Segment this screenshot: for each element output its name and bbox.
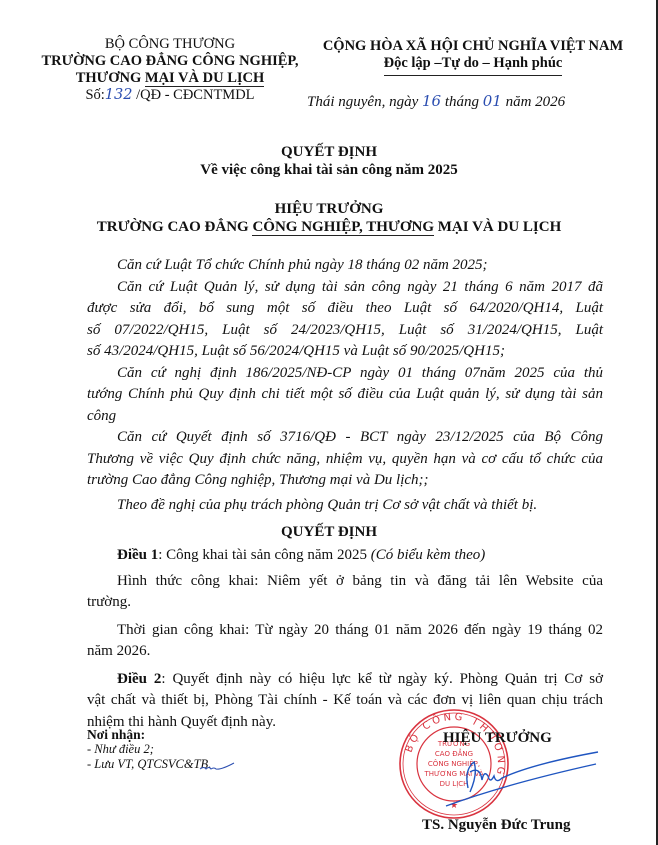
authority-school-part: TRƯỜNG CAO ĐẲNG (97, 219, 253, 235)
recipients: Nơi nhận: - Như điều 2; - Lưu VT, QTCSVC… (87, 727, 211, 772)
preamble-line: số 07/2022/QH15, Luật số 24/2023/QH15, L… (87, 320, 603, 342)
recipient-item: - Lưu VT, QTCSVC&TB. (87, 757, 211, 772)
recipient-item: - Như điều 2; (87, 742, 211, 757)
articles: Điều 1: Công khai tài sản công năm 2025 … (87, 545, 603, 733)
article-2-line: vật chất và thiết bị, Phòng Tài chính - … (87, 690, 603, 712)
preamble-line: Căn cứ Luật Quản lý, sử dụng tài sản côn… (87, 277, 603, 299)
school-name-underlined: MẠI VÀ DU LỊCH (145, 71, 264, 87)
preamble-line: công (87, 406, 603, 428)
authority-school-underlined: CÔNG NGHIỆP, THƯƠNG (252, 219, 434, 236)
preamble-line: được sửa đổi, bổ sung một số điều theo L… (87, 298, 603, 320)
preamble-line: Thương về việc Quy định chức năng, nhiệm… (87, 449, 603, 471)
number-suffix: /QĐ - CĐCNTMDL (132, 87, 254, 103)
doc-type: QUYẾT ĐỊNH (0, 143, 658, 161)
place-date-text: Thái nguyên, ngày (307, 94, 422, 110)
signer-name: TS. Nguyễn Đức Trung (422, 817, 570, 834)
authority-role: HIỆU TRƯỞNG (0, 200, 658, 218)
handwritten-day: 16 (422, 92, 441, 110)
decision-heading: QUYẾT ĐỊNH (0, 523, 658, 541)
signature-icon (440, 748, 605, 808)
handwritten-month: 01 (483, 92, 502, 110)
form-line: trường. (87, 592, 603, 614)
preamble-line: trường Cao đẳng Công nghiệp, Thương mại … (87, 470, 603, 492)
place-date-text: năm 2026 (502, 94, 565, 110)
authority-school-part: MẠI VÀ DU LỊCH (434, 219, 561, 235)
signer-title: HIỆU TRƯỞNG (443, 730, 552, 747)
national-header: CỘNG HÒA XÃ HỘI CHỦ NGHĨA VIỆT NAM Độc l… (288, 38, 658, 76)
preamble: Căn cứ Luật Tổ chức Chính phủ ngày 18 th… (87, 255, 603, 516)
national-motto: Độc lập –Tự do – Hạnh phúc (384, 55, 563, 76)
preamble-line: Căn cứ Quyết định số 3716/QĐ - BCT ngày … (87, 427, 603, 449)
ministry-name: BỘ CÔNG THƯƠNG (20, 36, 320, 53)
school-name-part: THƯƠNG (76, 70, 145, 86)
article-1-note: (Có biểu kèm theo) (371, 547, 486, 563)
place-date-text: tháng (441, 94, 483, 110)
article-1: Điều 1: Công khai tài sản công năm 2025 … (87, 545, 603, 567)
article-2-label: Điều 2 (117, 671, 161, 687)
preamble-line: tướng Chính phủ Quy định chi tiết một số… (87, 384, 603, 406)
preamble-line: số 43/2024/QH15, Luật số 56/2024/QH15 và… (87, 341, 603, 363)
article-1-text: : Công khai tài sản công năm 2025 (158, 547, 370, 563)
recipients-label: Nơi nhận: (87, 727, 211, 742)
document-title: QUYẾT ĐỊNH Về việc công khai tài sản côn… (0, 143, 658, 179)
time-line: năm 2026. (87, 641, 603, 663)
preamble-line: Căn cứ Luật Tổ chức Chính phủ ngày 18 th… (87, 255, 603, 277)
handwritten-number: 132 (105, 87, 133, 103)
article-2-text: : Quyết định này có hiệu lực kể từ ngày … (161, 671, 603, 687)
number-label: Số: (85, 87, 104, 103)
authority-block: HIỆU TRƯỞNG TRƯỜNG CAO ĐẲNG CÔNG NGHIỆP,… (0, 200, 658, 236)
initials-icon (198, 760, 238, 774)
form-line: Hình thức công khai: Niêm yết ở bảng tin… (87, 571, 603, 593)
authority-school: TRƯỜNG CAO ĐẲNG CÔNG NGHIỆP, THƯƠNG MẠI … (0, 218, 658, 236)
preamble-line: Theo đề nghị của phụ trách phòng Quản tr… (87, 495, 603, 517)
time-line: Thời gian công khai: Từ ngày 20 tháng 01… (87, 620, 603, 642)
article-2: Điều 2: Quyết định này có hiệu lực kể từ… (87, 669, 603, 691)
school-name-line1: TRƯỜNG CAO ĐẲNG CÔNG NGHIỆP, (20, 53, 320, 70)
nation-name: CỘNG HÒA XÃ HỘI CHỦ NGHĨA VIỆT NAM (288, 38, 658, 55)
issuer-header: BỘ CÔNG THƯƠNG TRƯỜNG CAO ĐẲNG CÔNG NGHI… (20, 36, 320, 104)
doc-subject: Về việc công khai tài sản công năm 2025 (0, 161, 658, 179)
place-date: Thái nguyên, ngày 16 tháng 01 năm 2026 (307, 92, 565, 111)
school-name-line2: THƯƠNG MẠI VÀ DU LỊCH (20, 70, 320, 87)
article-1-label: Điều 1 (117, 547, 158, 563)
document-number: Số:132 /QĐ - CĐCNTMDL (20, 87, 320, 104)
preamble-line: Căn cứ nghị định 186/2025/NĐ-CP ngày 01 … (87, 363, 603, 385)
